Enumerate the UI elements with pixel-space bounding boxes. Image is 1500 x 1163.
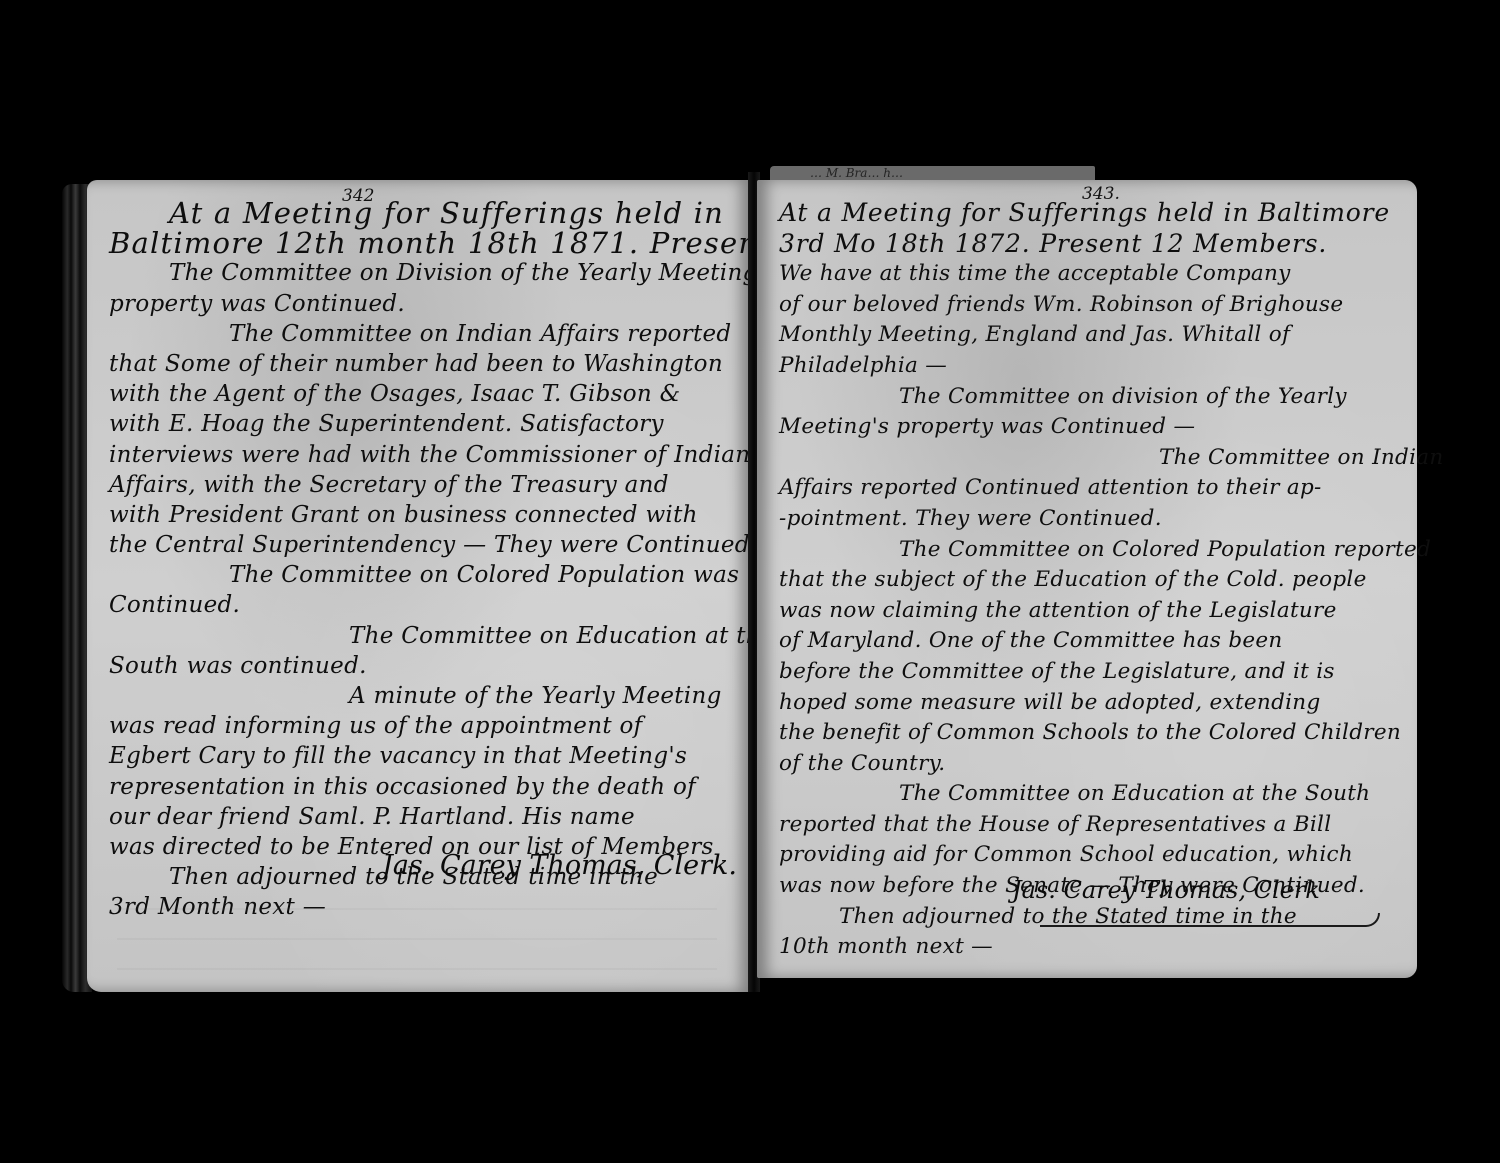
text-line: The Committee on Indian (779, 443, 1403, 474)
text-line: Meeting's property was Continued — (779, 412, 1403, 443)
signature-flourish (1040, 913, 1380, 927)
text-line: that the subject of the Education of the… (779, 565, 1403, 596)
text-line: Continued. (109, 590, 737, 620)
text-line: with E. Hoag the Superintendent. Satisfa… (109, 409, 737, 439)
text-line: that Some of their number had been to Wa… (109, 349, 737, 379)
text-line: representation in this occasioned by the… (109, 772, 737, 802)
text-line: The Committee on Colored Population repo… (779, 535, 1403, 566)
text-line: South was continued. (109, 651, 737, 681)
ink-bleed-through (117, 900, 717, 970)
text-line: property was Continued. (109, 289, 737, 319)
text-line: our dear friend Saml. P. Hartland. His n… (109, 802, 737, 832)
left-page: 342 At a Meeting for Sufferings held in … (87, 180, 751, 992)
text-line: was read informing us of the appointment… (109, 711, 737, 741)
text-line: Philadelphia — (779, 351, 1403, 382)
text-line: hoped some measure will be adopted, exte… (779, 688, 1403, 719)
text-line: before the Committee of the Legislature,… (779, 657, 1403, 688)
text-line: interviews were had with the Commissione… (109, 440, 737, 470)
text-line: was now claiming the attention of the Le… (779, 596, 1403, 627)
document-scan: … M. Bra… h… 342 At a Meeting for Suffer… (0, 0, 1500, 1163)
meeting-date-line: Baltimore 12th month 18th 1871. Present … (109, 228, 737, 258)
text-line: of the Country. (779, 749, 1403, 780)
text-line: the benefit of Common Schools to the Col… (779, 718, 1403, 749)
clerk-signature: Jas. Carey Thomas, Clerk (1012, 876, 1320, 904)
text-line: A minute of the Yearly Meeting (109, 681, 737, 711)
text-line: The Committee on Division of the Yearly … (109, 258, 737, 288)
text-line: We have at this time the acceptable Comp… (779, 259, 1403, 290)
text-line: Monthly Meeting, England and Jas. Whital… (779, 320, 1403, 351)
left-page-text: At a Meeting for Sufferings held in Balt… (109, 198, 737, 923)
text-line: reported that the House of Representativ… (779, 810, 1403, 841)
meeting-heading: At a Meeting for Sufferings held in (109, 198, 737, 228)
text-line: with President Grant on business connect… (109, 500, 737, 530)
torn-page-fragment: … M. Bra… h… (770, 166, 1095, 180)
text-line: the Central Superintendency — They were … (109, 530, 737, 560)
meeting-date-line: 3rd Mo 18th 1872. Present 12 Members. (779, 229, 1403, 260)
clerk-signature: Jas. Carey Thomas, Clerk. (382, 850, 737, 881)
text-line: with the Agent of the Osages, Isaac T. G… (109, 379, 737, 409)
text-line: The Committee on Indian Affairs reported (109, 319, 737, 349)
text-line: The Committee on division of the Yearly (779, 382, 1403, 413)
text-line: The Committee on Education at the South (779, 779, 1403, 810)
text-line: of our beloved friends Wm. Robinson of B… (779, 290, 1403, 321)
text-line: -pointment. They were Continued. (779, 504, 1403, 535)
text-line: The Committee on Colored Population was (109, 560, 737, 590)
right-page-text: At a Meeting for Sufferings held in Balt… (779, 198, 1403, 963)
text-line: Affairs, with the Secretary of the Treas… (109, 470, 737, 500)
text-line: Affairs reported Continued attention to … (779, 473, 1403, 504)
meeting-heading: At a Meeting for Sufferings held in Balt… (779, 198, 1403, 229)
text-line: The Committee on Education at the (109, 621, 737, 651)
text-line: of Maryland. One of the Committee has be… (779, 626, 1403, 657)
text-line: Egbert Cary to fill the vacancy in that … (109, 741, 737, 771)
right-page: 343. At a Meeting for Sufferings held in… (757, 180, 1417, 978)
text-line: 10th month next — (779, 932, 1403, 963)
text-line: providing aid for Common School educatio… (779, 840, 1403, 871)
